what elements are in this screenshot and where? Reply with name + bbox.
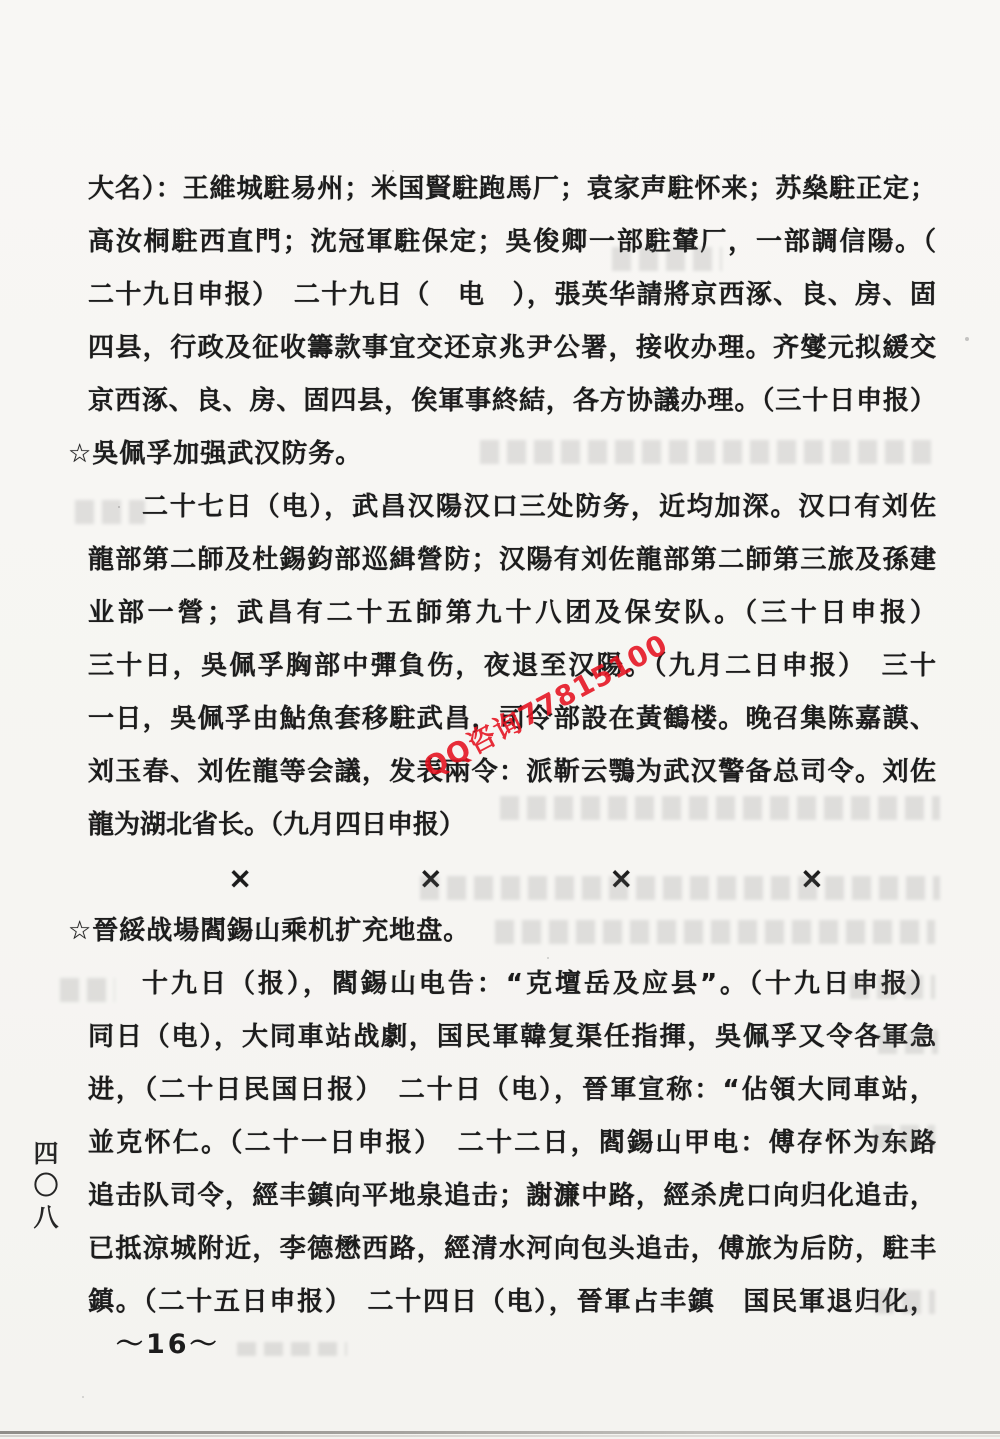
bleedthrough-artifact <box>60 978 115 1002</box>
bleedthrough-artifact <box>420 876 940 900</box>
bleedthrough-artifact <box>495 920 935 944</box>
bleedthrough-artifact <box>500 796 940 820</box>
scan-edge-line <box>0 1431 1000 1434</box>
text-line: 同日（电），大同車站战劇，国民軍韓复渠任指揮，吳佩孚又令各軍急 <box>88 1011 936 1064</box>
margin-page-label: 四〇八 <box>26 1140 62 1260</box>
text-line: 高汝桐駐西直門；沈冠軍駐保定；吳俊卿一部駐輦厂，一部調信陽。（ <box>88 216 936 269</box>
text-line: 已抵涼城附近，李德懋西路，經清水河向包头追击，傅旅为后防，駐丰 <box>88 1223 936 1276</box>
bleedthrough-artifact <box>850 975 935 999</box>
scan-speck <box>392 170 394 172</box>
bleedthrough-artifact <box>878 1030 938 1054</box>
text-line: 京西涿、良、房、固四县，俟軍事終結，各方协議办理。（三十日申报） <box>88 375 936 428</box>
bleedthrough-artifact <box>875 1290 935 1314</box>
bleedthrough-artifact <box>612 247 722 271</box>
text-line: 二十七日（电），武昌汉陽汉口三处防务，近均加深。汉口有刘佐 <box>88 481 936 534</box>
text-line: 龍部第二師及杜錫鈞部巡緝營防；汉陽有刘佐龍部第二師第三旅及孫建 <box>88 534 936 587</box>
text-line: 二十九日申报） 二十九日（ 电 ），張英华請將京西涿、良、房、固 <box>88 269 936 322</box>
text-line: 並克怀仁。（二十一日申报） 二十二日，閻錫山甲电：傅存怀为东路 <box>88 1117 936 1170</box>
text-line: 大名）：王維城駐易州；米国賢駐跑馬厂；袁家声駐怀来；苏燊駐正定； <box>88 163 936 216</box>
scanned-page: 大名）：王維城駐易州；米国賢駐跑馬厂；袁家声駐怀来；苏燊駐正定； 高汝桐駐西直門… <box>0 0 1000 1439</box>
bleedthrough-artifact <box>873 1125 935 1149</box>
text-line: 进，（二十日民国日报） 二十日（电），晉軍宣称：“佔領大同車站， <box>88 1064 936 1117</box>
bleedthrough-artifact <box>237 1342 347 1356</box>
text-line: 四县，行政及征收籌款事宜交还京兆尹公署，接收办理。齐燮元拟緩交 <box>88 322 936 375</box>
scan-edge-line-soft <box>0 1435 1000 1437</box>
bleedthrough-artifact <box>75 500 145 524</box>
text-column: 大名）：王維城駐易州；米国賢駐跑馬厂；袁家声駐怀来；苏燊駐正定； 高汝桐駐西直門… <box>88 163 936 1329</box>
text-line: 业部一營；武昌有二十五師第九十八团及保安队。（三十日申报） <box>88 587 936 640</box>
text-line: 追击队司令，經丰鎮向平地泉追击；謝濂中路，經杀虎口向归化追击， <box>88 1170 936 1223</box>
text-line: 刘玉春、刘佐龍等会議，发表兩令：派靳云鶚为武汉警备总司令。刘佐 <box>88 746 936 799</box>
text-line: 三十日，吳佩孚胸部中彈負伤，夜退至汉陽。（九月二日申报） 三十 <box>88 640 936 693</box>
x-mark: × <box>228 852 252 905</box>
text-line: 十九日（报），閻錫山电告：“克壇岳及应县”。（十九日申报） <box>88 958 936 1011</box>
page-number: 〜16〜 <box>116 1322 220 1361</box>
bleedthrough-artifact <box>480 440 935 464</box>
